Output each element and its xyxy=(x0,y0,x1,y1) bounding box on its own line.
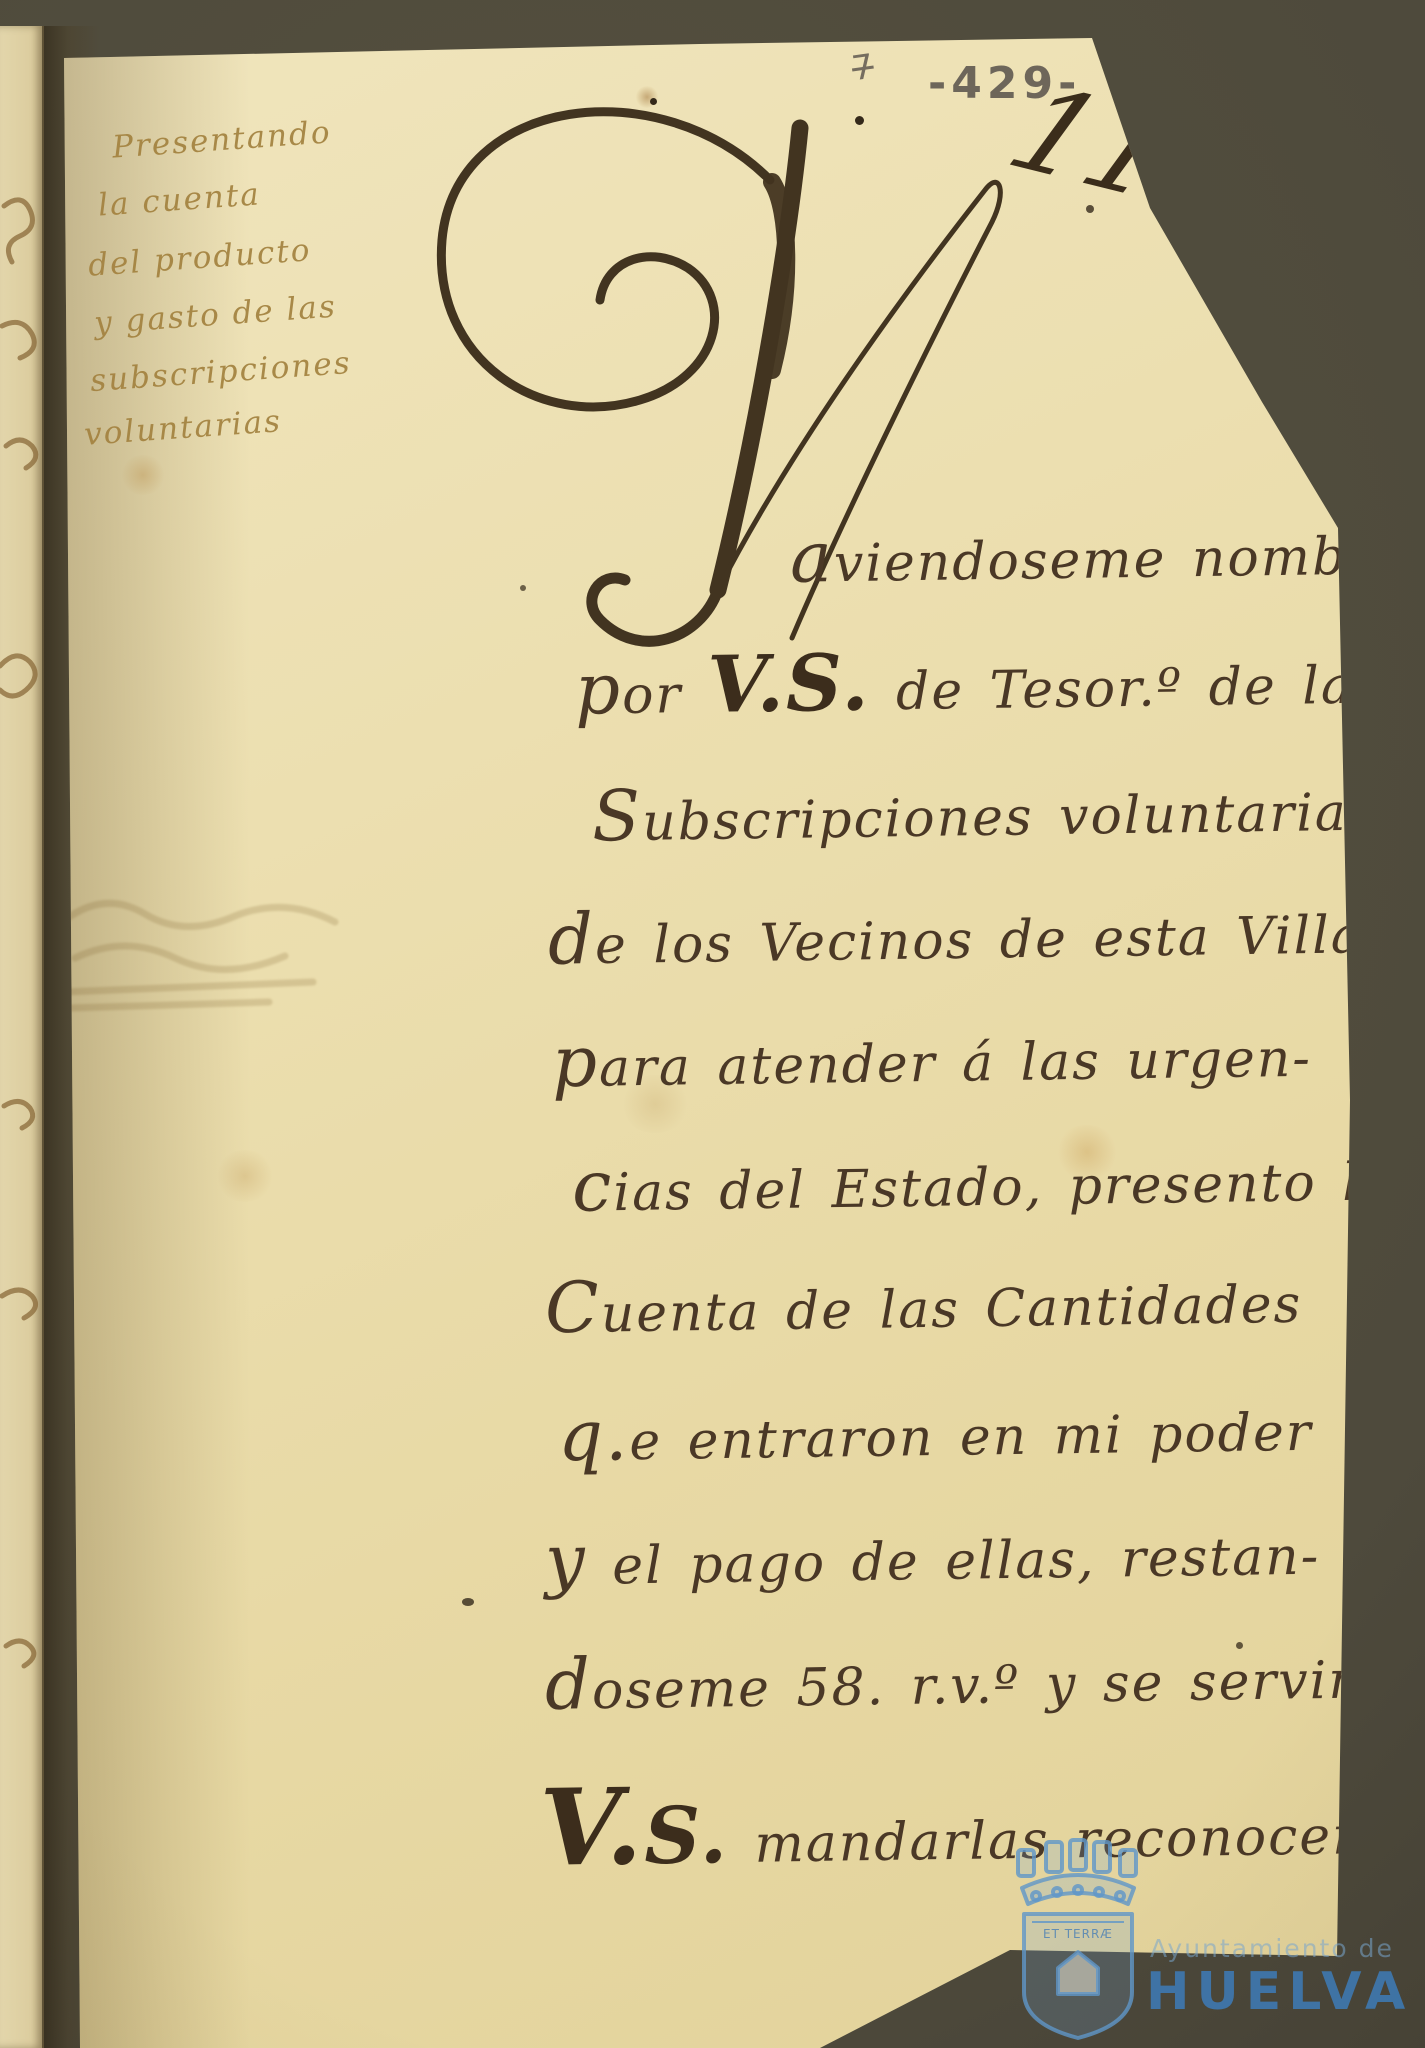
letter-line: de los Vecinos de esta Villa xyxy=(547,887,1364,980)
ink-speck xyxy=(462,1598,474,1606)
letter-line: Subscripciones voluntarias xyxy=(591,765,1376,858)
ink-fragment xyxy=(0,26,44,2048)
letter-line: Cuenta de las Cantidades xyxy=(544,1257,1302,1350)
manuscript-page: 7 -429- 11 Presentando la cuenta del pro… xyxy=(0,0,1425,2048)
manuscript-scan: 7 -429- 11 Presentando la cuenta del pro… xyxy=(0,0,1425,2048)
watermark-city-name: HUELVA xyxy=(1146,1962,1412,2022)
stain xyxy=(215,1150,275,1202)
letter-line: cias del Estado, presento la xyxy=(571,1134,1394,1227)
letter-line: doseme 58. r.v.º y se servirá xyxy=(544,1632,1388,1726)
stain xyxy=(635,86,659,108)
letter-line-segment: de Tesor.º de las xyxy=(870,655,1383,722)
letter-line-vs: V.S. xyxy=(707,638,871,731)
ink-speck xyxy=(520,585,526,591)
letter-line: aviendoseme nombrado xyxy=(789,507,1425,599)
letter-line-segment: mandarlas reconocer xyxy=(729,1806,1360,1875)
letter-line-vs: V.S. xyxy=(540,1790,730,1884)
letter-line: V.S. mandarlas reconocer xyxy=(539,1754,1359,1889)
ink-speck xyxy=(855,116,864,125)
letter-line: y el pago de ellas, restan- xyxy=(544,1509,1320,1602)
letter-line: para atender á las urgen- xyxy=(551,1011,1312,1104)
ink-speck xyxy=(650,98,657,105)
letter-line: q.e entraron en mi poder xyxy=(557,1385,1313,1478)
letter-line-segment: por xyxy=(575,665,708,727)
letter-line: por V.S. de Tesor.º de las xyxy=(574,630,1383,732)
stain xyxy=(120,455,166,495)
adjacent-page-edge xyxy=(0,26,44,2048)
